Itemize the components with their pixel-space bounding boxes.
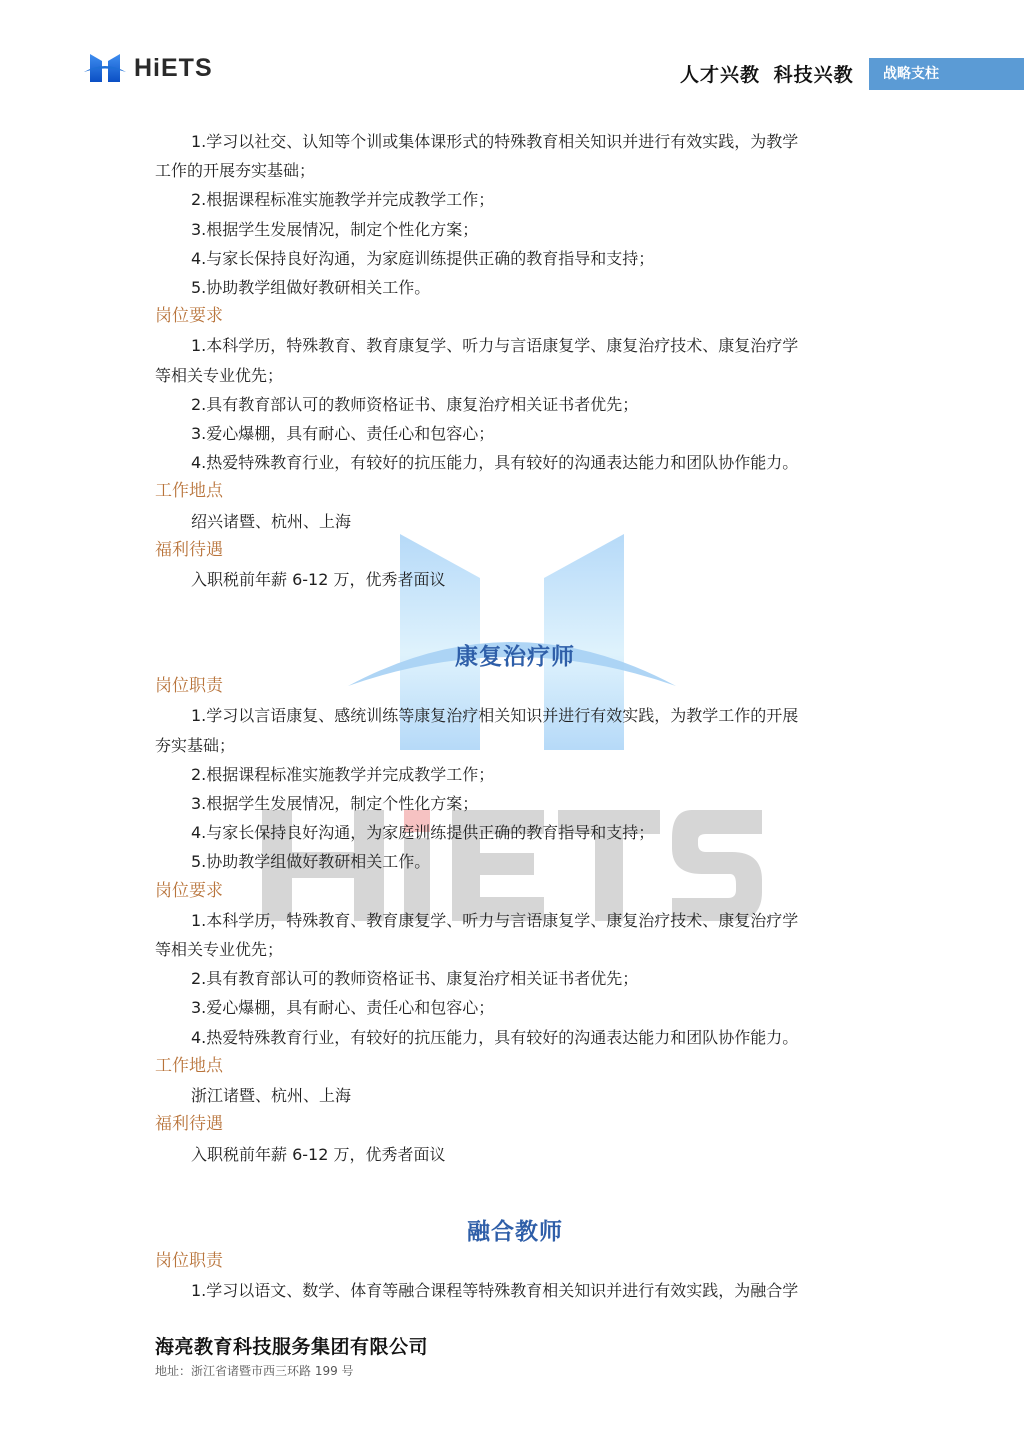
duty-line: 4.与家长保持良好沟通，为家庭训练提供正确的教育指导和支持； [155, 244, 875, 273]
requirement-line: 等相关专业优先； [155, 935, 875, 964]
requirement-line: 4.热爱特殊教育行业，有较好的抗压能力，具有较好的沟通表达能力和团队协作能力。 [155, 448, 875, 477]
job-special-ed-teacher: 1.学习以社交、认知等个训或集体课形式的特殊教育相关知识并进行有效实践，为教学 … [155, 127, 875, 594]
benefit-text: 入职税前年薪 6-12 万，优秀者面议 [155, 565, 875, 594]
job-title: 融合教师 [155, 1217, 875, 1247]
duties-list: 1.学习以语文、数学、体育等融合课程等特殊教育相关知识并进行有效实践，为融合学 [155, 1276, 875, 1305]
benefit-text: 入职税前年薪 6-12 万，优秀者面议 [155, 1140, 875, 1169]
requirement-line: 4.热爱特殊教育行业，有较好的抗压能力，具有较好的沟通表达能力和团队协作能力。 [155, 1023, 875, 1052]
requirements-list: 1.本科学历，特殊教育、教育康复学、听力与言语康复学、康复治疗技术、康复治疗学 … [155, 331, 875, 477]
duty-line: 1.学习以语文、数学、体育等融合课程等特殊教育相关知识并进行有效实践，为融合学 [155, 1276, 875, 1305]
requirement-line: 3.爱心爆棚，具有耐心、责任心和包容心； [155, 419, 875, 448]
duty-line: 1.学习以社交、认知等个训或集体课形式的特殊教育相关知识并进行有效实践，为教学 [155, 127, 875, 156]
duties-list: 1.学习以言语康复、感统训练等康复治疗相关知识并进行有效实践，为教学工作的开展 … [155, 701, 875, 876]
requirements-list: 1.本科学历，特殊教育、教育康复学、听力与言语康复学、康复治疗技术、康复治疗学 … [155, 906, 875, 1052]
duty-line: 3.根据学生发展情况，制定个性化方案； [155, 789, 875, 818]
duty-line: 3.根据学生发展情况，制定个性化方案； [155, 215, 875, 244]
location-text: 浙江诸暨、杭州、上海 [155, 1081, 875, 1110]
company-logo: HiETS [84, 52, 213, 84]
section-tag: 战略支柱 [869, 58, 1024, 90]
job-title: 康复治疗师 [155, 642, 875, 672]
duty-line: 5.协助教学组做好教研相关工作。 [155, 273, 875, 302]
requirement-line: 1.本科学历，特殊教育、教育康复学、听力与言语康复学、康复治疗技术、康复治疗学 [155, 331, 875, 360]
section-label-benefits: 福利待遇 [155, 536, 875, 565]
section-label-requirements: 岗位要求 [155, 877, 875, 906]
requirement-line: 3.爱心爆棚，具有耐心、责任心和包容心； [155, 993, 875, 1022]
logo-text: HiETS [134, 54, 213, 83]
duties-list: 1.学习以社交、认知等个训或集体课形式的特殊教育相关知识并进行有效实践，为教学 … [155, 127, 875, 302]
requirement-line: 1.本科学历，特殊教育、教育康复学、听力与言语康复学、康复治疗技术、康复治疗学 [155, 906, 875, 935]
document-body: 1.学习以社交、认知等个训或集体课形式的特殊教育相关知识并进行有效实践，为教学 … [155, 127, 875, 1305]
slogan: 人才兴教 科技兴教 [680, 60, 854, 87]
hiets-logo-icon [84, 52, 126, 84]
duty-line: 2.根据课程标准实施教学并完成教学工作； [155, 760, 875, 789]
requirement-line: 2.具有教育部认可的教师资格证书、康复治疗相关证书者优先； [155, 390, 875, 419]
section-label-location: 工作地点 [155, 1052, 875, 1081]
footer-company-name: 海亮教育科技服务集团有限公司 [155, 1332, 428, 1359]
duty-line: 夯实基础； [155, 731, 875, 760]
job-rehab-therapist: 康复治疗师 岗位职责 1.学习以言语康复、感统训练等康复治疗相关知识并进行有效实… [155, 642, 875, 1168]
section-label-duties: 岗位职责 [155, 672, 875, 701]
section-label-benefits: 福利待遇 [155, 1110, 875, 1139]
section-label-duties: 岗位职责 [155, 1247, 875, 1276]
requirement-line: 2.具有教育部认可的教师资格证书、康复治疗相关证书者优先； [155, 964, 875, 993]
duty-line: 5.协助教学组做好教研相关工作。 [155, 847, 875, 876]
requirement-line: 等相关专业优先； [155, 361, 875, 390]
section-label-requirements: 岗位要求 [155, 302, 875, 331]
duty-line: 1.学习以言语康复、感统训练等康复治疗相关知识并进行有效实践，为教学工作的开展 [155, 701, 875, 730]
location-text: 绍兴诸暨、杭州、上海 [155, 507, 875, 536]
duty-line: 工作的开展夯实基础； [155, 156, 875, 185]
section-label-location: 工作地点 [155, 477, 875, 506]
job-inclusive-teacher: 融合教师 岗位职责 1.学习以语文、数学、体育等融合课程等特殊教育相关知识并进行… [155, 1217, 875, 1305]
footer-address: 地址：浙江省诸暨市西三环路 199 号 [155, 1362, 354, 1379]
duty-line: 2.根据课程标准实施教学并完成教学工作； [155, 185, 875, 214]
duty-line: 4.与家长保持良好沟通，为家庭训练提供正确的教育指导和支持； [155, 818, 875, 847]
